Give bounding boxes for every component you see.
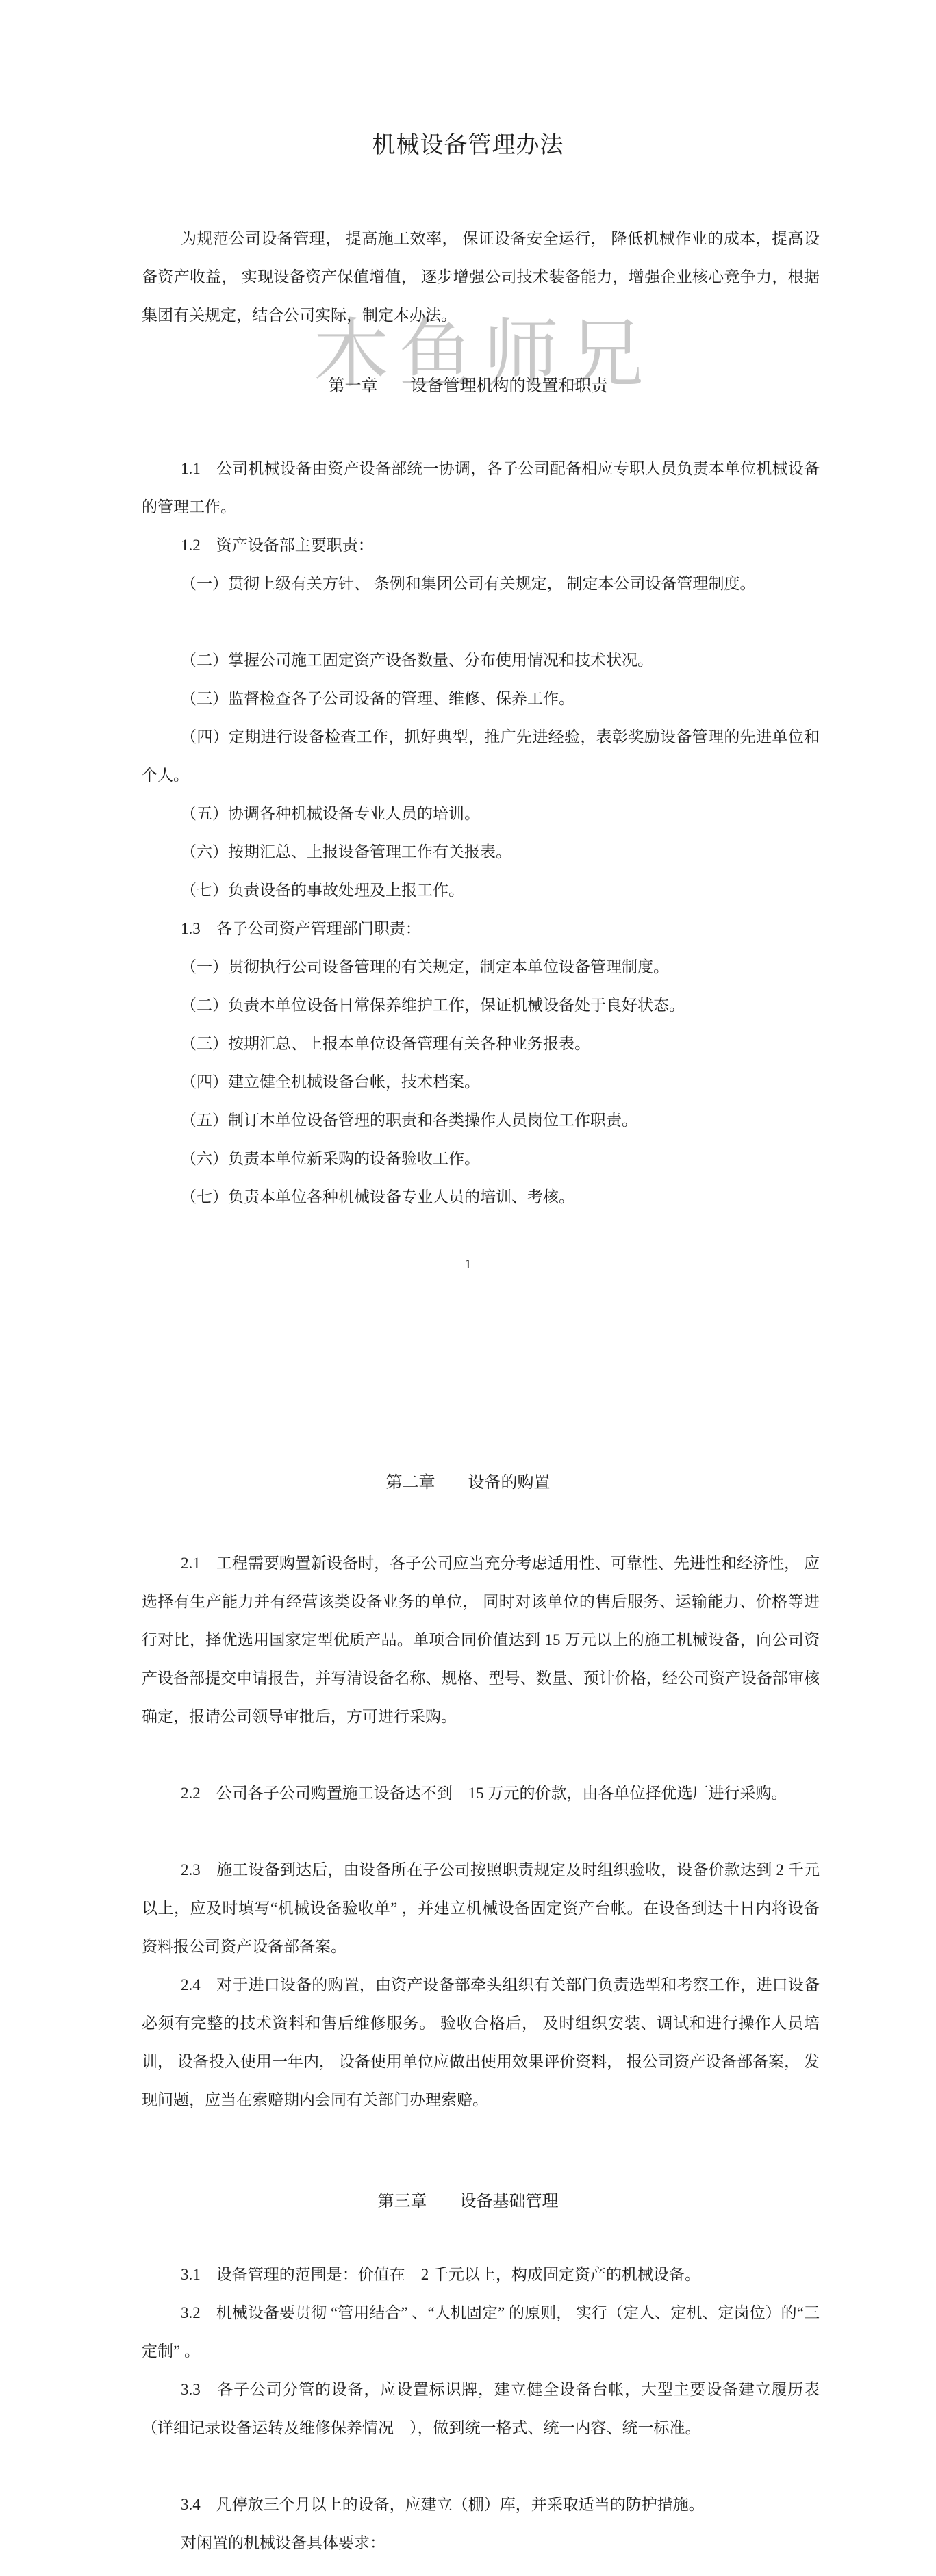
section-2-3: 2.3 施工设备到达后，由设备所在子公司按照职责规定及时组织验收，设备价款达到 … bbox=[142, 1851, 820, 1966]
section-1-2: 1.2 资产设备部主要职责： bbox=[142, 526, 820, 565]
section-2-1: 2.1 工程需要购置新设备时，各子公司应当充分考虑适用性、可靠性、先进性和经济性… bbox=[142, 1544, 820, 1736]
section-1-2-item-4: （四）定期进行设备检查工作，抓好典型，推广先进经验，表彰奖励设备管理的先进单位和… bbox=[142, 718, 820, 795]
section-1-2-item-5: （五）协调各种机械设备专业人员的培训。 bbox=[142, 795, 820, 833]
section-1-3-item-3: （三）按期汇总、上报本单位设备管理有关各种业务报表。 bbox=[142, 1025, 820, 1063]
section-1-2-item-1: （一）贯彻上级有关方针、 条例和集团公司有关规定， 制定本公司设备管理制度。 bbox=[142, 565, 820, 603]
intro-paragraph: 为规范公司设备管理， 提高施工效率， 保证设备安全运行， 降低机械作业的成本，提… bbox=[142, 220, 820, 335]
section-3-2: 3.2 机械设备要贯彻 “管用结合” 、“人机固定” 的原则， 实行（定人、定机… bbox=[142, 2294, 820, 2371]
section-1-2-item-7: （七）负责设备的事故处理及上报工作。 bbox=[142, 871, 820, 910]
page-number: 1 bbox=[0, 1257, 936, 1273]
section-1-3-item-7: （七）负责本单位各种机械设备专业人员的培训、考核。 bbox=[142, 1178, 820, 1216]
section-1-3-item-2: （二）负责本单位设备日常保养维护工作，保证机械设备处于良好状态。 bbox=[142, 986, 820, 1025]
chapter-2-heading: 第二章 设备的购置 bbox=[0, 1472, 936, 1494]
section-1-2-item-6: （六）按期汇总、上报设备管理工作有关报表。 bbox=[142, 833, 820, 871]
section-3-4-note: 对闲置的机械设备具体要求： bbox=[142, 2524, 820, 2562]
section-3-3: 3.3 各子公司分管的设备，应设置标识牌，建立健全设备台帐，大型主要设备建立履历… bbox=[142, 2371, 820, 2447]
section-1-3-item-6: （六）负责本单位新采购的设备验收工作。 bbox=[142, 1140, 820, 1178]
section-1-2-item-2: （二）掌握公司施工固定资产设备数量、分布使用情况和技术状况。 bbox=[142, 641, 820, 680]
section-2-2: 2.2 公司各子公司购置施工设备达不到 15 万元的价款，由各单位择优选厂进行采… bbox=[142, 1774, 820, 1813]
section-1-3-item-5: （五）制订本单位设备管理的职责和各类操作人员岗位工作职责。 bbox=[142, 1101, 820, 1140]
document-page: 木鱼师兄 机械设备管理办法 为规范公司设备管理， 提高施工效率， 保证设备安全运… bbox=[0, 0, 936, 2576]
section-1-3: 1.3 各子公司资产管理部门职责： bbox=[142, 910, 820, 948]
section-3-4: 3.4 凡停放三个月以上的设备，应建立（棚）库，并采取适当的防护措施。 bbox=[142, 2486, 820, 2524]
chapter-3-heading: 第三章 设备基础管理 bbox=[0, 2191, 936, 2212]
section-1-1: 1.1 公司机械设备由资产设备部统一协调，各子公司配备相应专职人员负责本单位机械… bbox=[142, 450, 820, 526]
section-2-4: 2.4 对于进口设备的购置，由资产设备部牵头组织有关部门负责选型和考察工作，进口… bbox=[142, 1966, 820, 2119]
section-1-3-item-4: （四）建立健全机械设备台帐，技术档案。 bbox=[142, 1063, 820, 1101]
chapter-1-heading: 第一章 设备管理机构的设置和职责 bbox=[0, 375, 936, 397]
section-3-1: 3.1 设备管理的范围是：价值在 2 千元以上，构成固定资产的机械设备。 bbox=[142, 2256, 820, 2294]
document-title: 机械设备管理办法 bbox=[0, 126, 936, 160]
section-1-2-item-3: （三）监督检查各子公司设备的管理、维修、保养工作。 bbox=[142, 680, 820, 718]
section-1-3-item-1: （一）贯彻执行公司设备管理的有关规定，制定本单位设备管理制度。 bbox=[142, 948, 820, 986]
